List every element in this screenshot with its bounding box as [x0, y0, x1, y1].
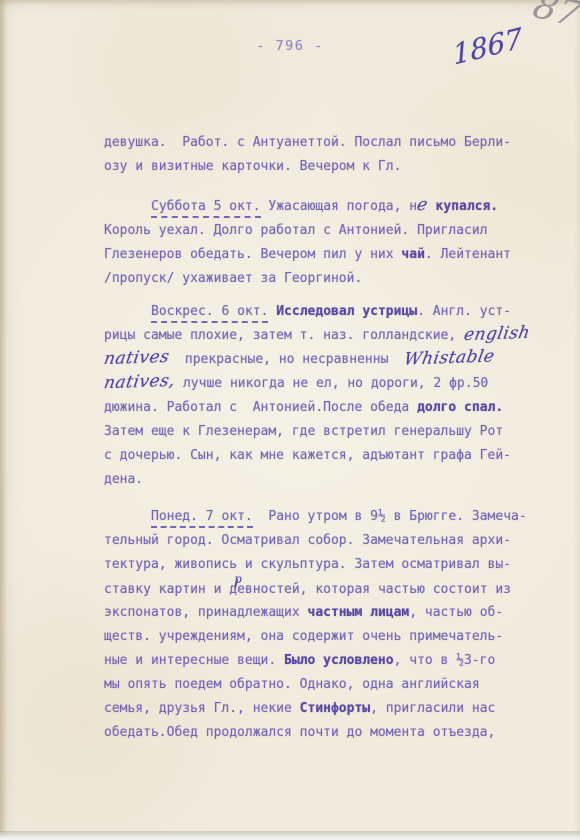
- text-segment: обедать.Обед продолжался почти до момент…: [104, 725, 495, 740]
- text-segment: девушка. Работ. с Антуанеттой. Послал пи…: [104, 135, 511, 150]
- text-segment: . Англ. уст-: [417, 304, 511, 319]
- handwritten-year-annotation: 1867: [451, 21, 524, 71]
- text-line: тектура, живопись и скульптура. Затем ос…: [104, 553, 536, 577]
- text-segment: , частью об-: [409, 605, 503, 620]
- handwritten-word: english: [463, 325, 532, 344]
- text-line: ставку картин и древностей, которая част…: [104, 577, 536, 601]
- text-segment: Стинфорты: [300, 701, 370, 716]
- text-segment: , что в ½3-го: [394, 653, 496, 668]
- text-segment: прекрасные, но несравненны: [169, 352, 404, 367]
- text-line: озу и визитные карточки. Вечером к Гл.: [104, 155, 536, 179]
- text-segment: с дочерью. Сын, как мне кажется, адъютан…: [104, 448, 511, 463]
- text-segment: чай: [401, 247, 424, 262]
- text-line: Глезенеров обедать. Вечером пил у них ча…: [104, 243, 536, 267]
- text-line: ные и интересные вещи. Было условлено, ч…: [104, 649, 536, 673]
- text-segment: , пригласили нас: [370, 701, 495, 716]
- text-segment: . Лейтенант: [425, 247, 511, 262]
- text-block: девушка. Работ. с Антуанеттой. Послал пи…: [104, 131, 536, 745]
- text-segment: Ужасающая погода, н: [261, 199, 418, 214]
- text-segment: рицы самые плохие, затем т. наз. голланд…: [104, 328, 464, 343]
- paragraph: девушка. Работ. с Антуанеттой. Послал пи…: [104, 131, 536, 179]
- paper-edge: [0, 831, 580, 840]
- text-segment: ставку картин и д: [104, 582, 237, 597]
- paragraph: Понед. 7 окт. Рано утром в 9½ в Брюгге. …: [104, 505, 536, 745]
- text-line: Затем еще к Глезенерам, где встретил ген…: [104, 420, 536, 444]
- text-segment: семья, друзья Гл., некие: [104, 701, 300, 716]
- text-line: Понед. 7 окт. Рано утром в 9½ в Брюгге. …: [104, 505, 536, 529]
- text-segment: ществ. учреждениям, она содержит очень п…: [104, 629, 503, 644]
- text-segment: тектура, живопись и скульптура. Затем ос…: [104, 557, 511, 572]
- paragraph: Суббота 5 окт. Ужасающая погода, не купа…: [104, 195, 536, 291]
- text-segment: Король уехал. Долго работал с Антонией. …: [104, 223, 488, 238]
- text-segment: Рано утром в 9½ в Брюгге. Замеча-: [253, 509, 527, 524]
- text-segment: экспонатов, принадлежащих: [104, 605, 308, 620]
- text-segment: купался.: [428, 199, 498, 214]
- text-segment: ные и интересные вещи.: [104, 653, 284, 668]
- text-line: /пропуск/ ухаживает за Георгиной.: [104, 267, 536, 291]
- text-line: экспонатов, принадлежащих частным лицам,…: [104, 601, 536, 625]
- text-line: дюжина. Работал с Антонией.После обеда д…: [104, 396, 536, 420]
- handwritten-word: natives: [103, 349, 171, 368]
- text-line: ществ. учреждениям, она содержит очень п…: [104, 625, 536, 649]
- text-line: Воскрес. 6 окт. Исследовал устрицы. Англ…: [104, 300, 536, 324]
- text-segment: Исследовал устрицы: [276, 304, 417, 319]
- text-segment: частным лицам: [308, 605, 410, 620]
- text-segment: дюжина. Работал с Антонией.После обеда: [104, 400, 417, 415]
- text-segment: лучше никогда не ел, но дороги, 2 фр.50: [175, 376, 488, 391]
- text-line: обедать.Обед продолжался почти до момент…: [104, 721, 536, 745]
- text-line: с дочерью. Сын, как мне кажется, адъютан…: [104, 444, 536, 468]
- text-line: семья, друзья Гл., некие Стинфорты, приг…: [104, 697, 536, 721]
- text-line: рицы самые плохие, затем т. наз. голланд…: [104, 324, 536, 348]
- text-segment: тельный город. Осматривал собор. Замечат…: [104, 533, 511, 548]
- text-segment: Было условлено: [284, 653, 394, 668]
- text-segment: долго спал.: [417, 400, 503, 415]
- text-segment: Глезенеров обедать. Вечером пил у них: [104, 247, 401, 262]
- text-segment: евностей, которая частью состоит из: [237, 582, 511, 597]
- text-line: Король уехал. Долго работал с Антонией. …: [104, 219, 536, 243]
- handwritten-word: Whistable: [403, 348, 496, 368]
- paragraph: Воскрес. 6 окт. Исследовал устрицы. Англ…: [104, 300, 536, 492]
- text-segment: озу и визитные карточки. Вечером к Гл.: [104, 159, 401, 174]
- handwritten-word: natives,: [103, 373, 177, 393]
- text-line: natives прекрасные, но несравненны Whist…: [104, 348, 536, 372]
- text-line: мы опять поедем обратно. Однако, одна ан…: [104, 673, 536, 697]
- scanned-page: - 796 - 1867 87 девушка. Работ. с Антуан…: [0, 0, 580, 840]
- pencil-page-annotation: 87: [528, 0, 580, 35]
- date-heading: Понед. 7 окт.: [151, 509, 253, 528]
- text-line: natives, лучше никогда не ел, но дороги,…: [104, 372, 536, 396]
- text-line: девушка. Работ. с Антуанеттой. Послал пи…: [104, 131, 536, 155]
- date-heading: Воскрес. 6 окт.: [151, 304, 268, 323]
- date-heading: Суббота 5 окт.: [151, 199, 261, 218]
- text-segment: дена.: [104, 472, 143, 487]
- text-line: Суббота 5 окт. Ужасающая погода, не купа…: [104, 195, 536, 219]
- text-segment: Затем еще к Глезенерам, где встретил ген…: [104, 424, 503, 439]
- text-line: тельный город. Осматривал собор. Замечат…: [104, 529, 536, 553]
- text-segment: мы опять поедем обратно. Однако, одна ан…: [104, 677, 480, 692]
- text-line: дена.: [104, 468, 536, 492]
- text-segment: /пропуск/ ухаживает за Георгиной.: [104, 271, 362, 286]
